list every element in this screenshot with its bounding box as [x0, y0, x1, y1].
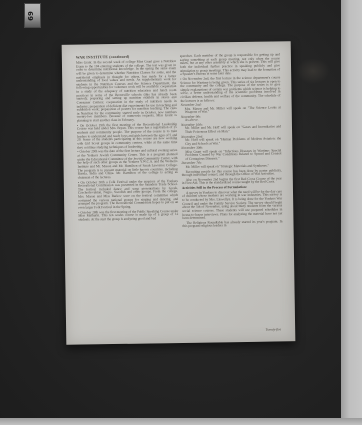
text-paragraph: On October 19th the first meeting of the…: [77, 123, 177, 150]
right-column: speeches. Each member of the group is re…: [180, 53, 283, 228]
text-paragraph: Also on November 2nd begins the first Re…: [182, 177, 282, 186]
text-paragraph: speeches. Each member of the group is re…: [180, 53, 280, 76]
text-paragraph: October 28th was the first meeting of th…: [78, 210, 178, 222]
scanner-bed-strip-right: [341, 0, 362, 425]
text-paragraph: The Religious Roundtable has already sta…: [182, 220, 282, 229]
text-paragraph: Miss Grant. In the second week of colleg…: [76, 60, 177, 123]
left-column: WAR INSTITUTE (continued) Miss Grant. In…: [76, 55, 179, 222]
text-paragraph: On November 2nd, the first lecture in th…: [180, 76, 280, 103]
photo-of-document: 69 WAR INSTITUTE (continued) Miss Grant.…: [0, 0, 362, 425]
text-paragraph: A survey in Yonkers to discover what the…: [182, 190, 282, 221]
text-paragraph: October 29th was the date of the first l…: [77, 149, 177, 180]
index-tab-number: 69: [27, 11, 35, 21]
page-number: Twenty-five: [266, 327, 282, 331]
scanner-bed-strip-bottom: [0, 418, 362, 425]
text-paragraph: Miss Grant will speak on "Infectious Dis…: [181, 149, 281, 161]
text-paragraph: On October 30th a Folk Festival under th…: [78, 180, 178, 211]
left-column-paragraphs: Miss Grant. In the second week of colleg…: [76, 60, 179, 222]
document-page: WAR INSTITUTE (continued) Miss Grant. In…: [62, 41, 296, 345]
index-tab: 69: [24, 3, 41, 28]
right-column-paragraphs: speeches. Each member of the group is re…: [180, 53, 283, 228]
background-smudge: [296, 58, 330, 84]
